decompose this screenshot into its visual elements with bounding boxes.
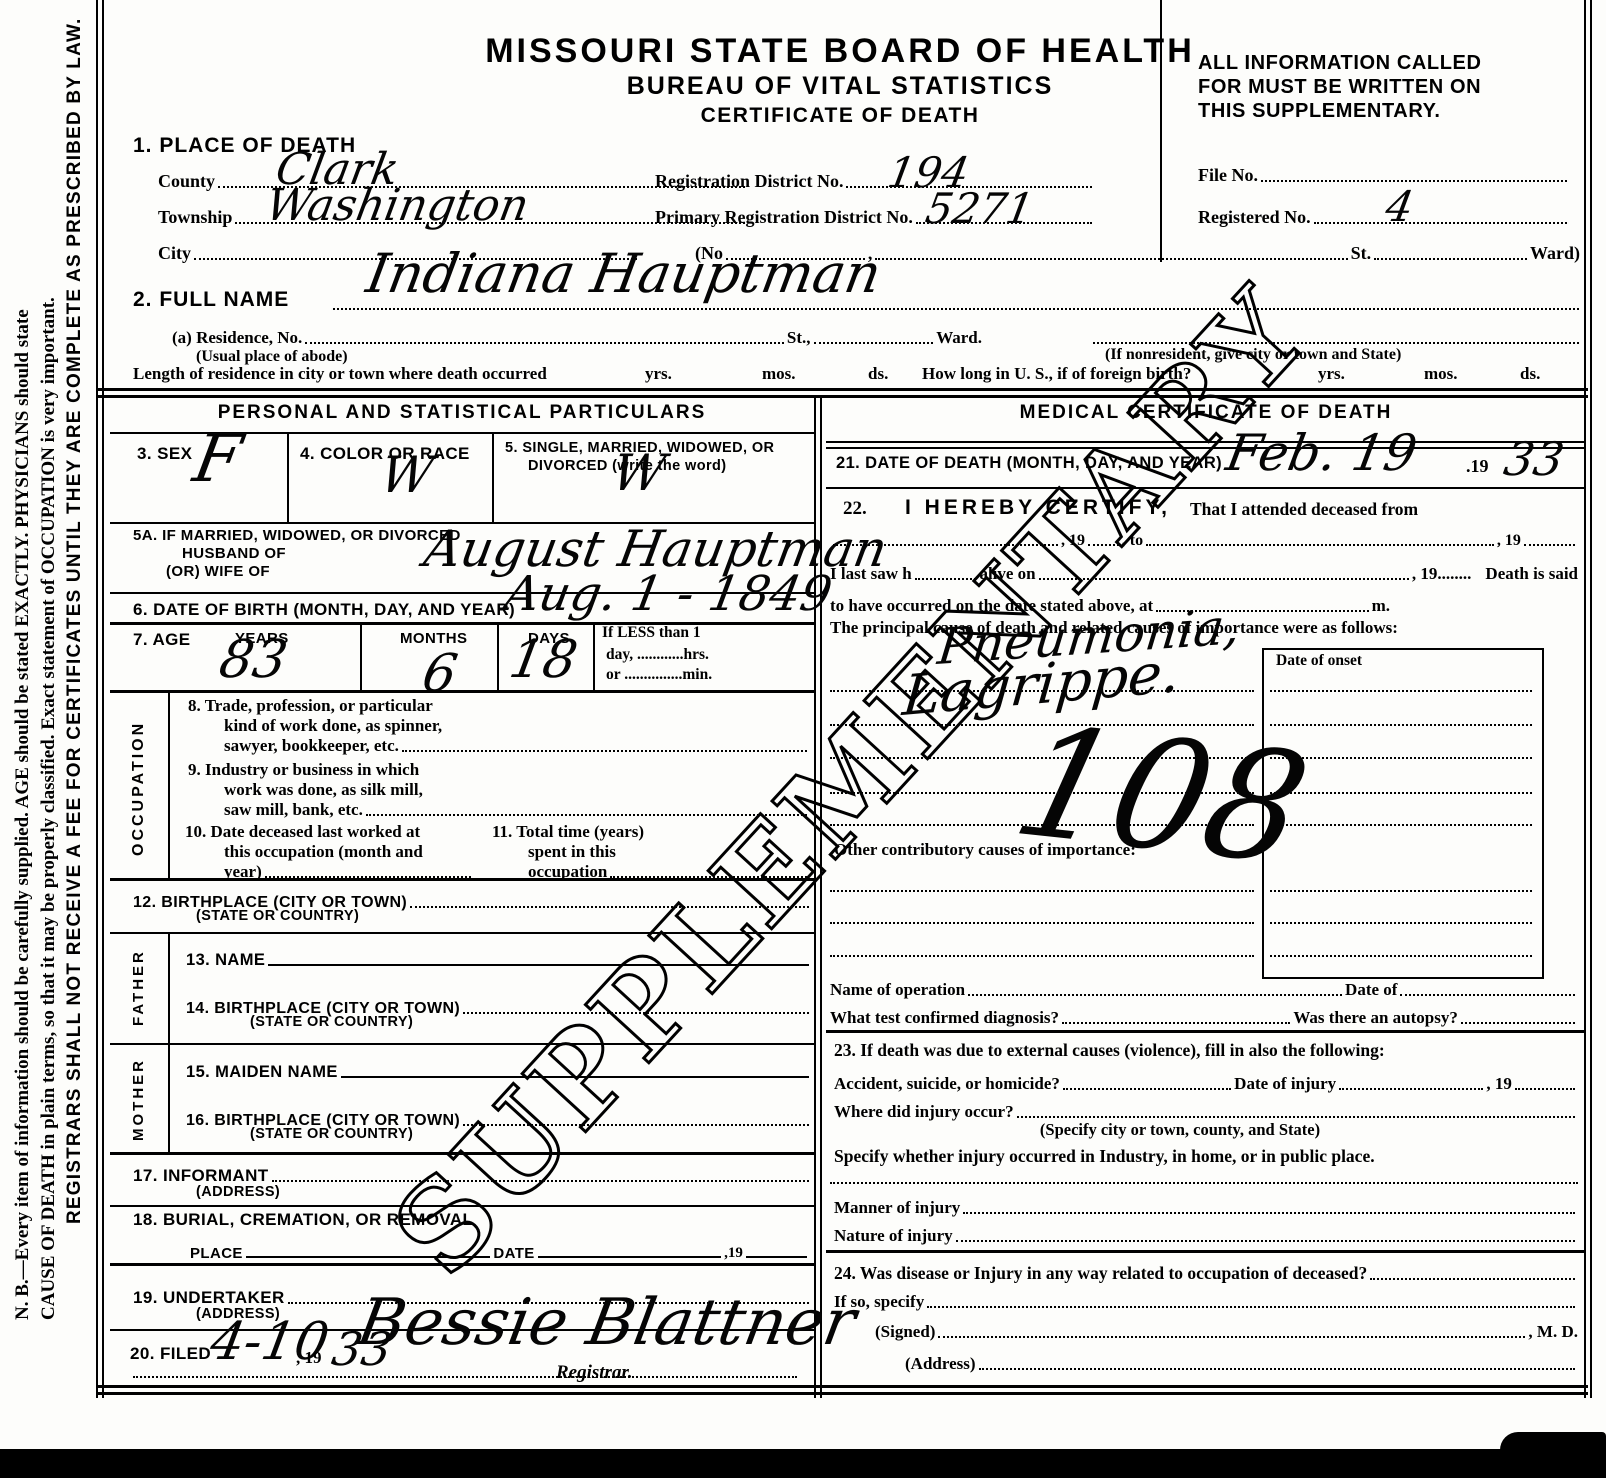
dots bbox=[927, 1306, 1575, 1308]
dots bbox=[968, 994, 1342, 996]
township-value: Washington bbox=[262, 180, 533, 231]
certify-number: 22. bbox=[843, 498, 867, 520]
burial-place-label: PLACE bbox=[190, 1245, 243, 1262]
township-label: Township bbox=[158, 207, 232, 228]
rule bbox=[168, 690, 170, 878]
dots bbox=[272, 1180, 809, 1182]
dots bbox=[830, 955, 1254, 957]
file-no-label: File No. bbox=[1198, 165, 1258, 186]
dots bbox=[1524, 544, 1575, 546]
header-divider-rule bbox=[96, 388, 1588, 398]
death-said-label: Death is said bbox=[1485, 564, 1578, 584]
scan-bottom-band bbox=[0, 1449, 1606, 1478]
line bbox=[268, 964, 809, 966]
line bbox=[746, 1256, 807, 1258]
primary-registration-value: 5271 bbox=[922, 184, 1038, 233]
rule bbox=[110, 1263, 814, 1266]
date-of-birth-label: 6. DATE OF BIRTH (MONTH, DAY, AND YEAR) bbox=[133, 600, 515, 620]
dots bbox=[938, 1336, 1525, 1338]
nature-injury-label: Nature of injury bbox=[834, 1226, 953, 1246]
dots bbox=[1270, 690, 1532, 692]
line bbox=[246, 1256, 491, 1258]
dots bbox=[1374, 258, 1527, 260]
occ9-line1: 9. Industry or business in which bbox=[188, 760, 419, 780]
dots bbox=[1093, 342, 1579, 344]
scan-corner-blob bbox=[1500, 1432, 1606, 1472]
dots bbox=[410, 906, 809, 908]
dots bbox=[1270, 890, 1532, 892]
rule bbox=[826, 1030, 1584, 1033]
rule bbox=[168, 1043, 170, 1152]
age-months-value: 6 bbox=[418, 644, 462, 704]
occurred-m-label: m. bbox=[1372, 596, 1390, 616]
dots bbox=[833, 544, 1058, 546]
age-days-value: 18 bbox=[505, 630, 582, 690]
rule bbox=[826, 447, 1584, 449]
mother-birthplace-state-label: (STATE OR COUNTRY) bbox=[250, 1126, 413, 1142]
dots bbox=[366, 814, 807, 816]
informant-label: 17. INFORMANT bbox=[133, 1166, 269, 1186]
wife-of-label: (OR) WIFE OF bbox=[166, 563, 270, 580]
date-of-onset-label: Date of onset bbox=[1276, 652, 1362, 670]
dots bbox=[979, 1368, 1575, 1370]
mos-label: mos. bbox=[762, 364, 796, 384]
dots bbox=[1461, 1022, 1575, 1024]
dots bbox=[963, 1212, 1575, 1214]
rule bbox=[826, 1250, 1584, 1253]
residence-st-label: St., bbox=[787, 328, 811, 348]
married-widowed-label: 5A. IF MARRIED, WIDOWED, OR DIVORCED bbox=[133, 527, 461, 544]
dots bbox=[1063, 1088, 1231, 1090]
full-name-value: Indiana Hauptman bbox=[362, 242, 886, 305]
father-side-label: FATHER bbox=[130, 938, 147, 1038]
date-of-birth-value: Aug. 1 - 1849 bbox=[500, 566, 836, 622]
dots bbox=[1270, 922, 1532, 924]
dots bbox=[1270, 955, 1532, 957]
date-of-death-year: 33 bbox=[1500, 432, 1568, 486]
dots bbox=[915, 578, 977, 580]
rule bbox=[110, 1205, 814, 1207]
age-years-value: 83 bbox=[215, 630, 292, 690]
husband-of-label: HUSBAND OF bbox=[182, 545, 286, 562]
dots bbox=[1339, 1088, 1483, 1090]
injury-19-label: , 19 bbox=[1486, 1074, 1512, 1094]
dots bbox=[830, 922, 1254, 924]
dots bbox=[1270, 792, 1532, 794]
cause-of-death-value-3: 108 bbox=[1000, 695, 1323, 898]
dots bbox=[1314, 222, 1567, 224]
date-of-onset-box bbox=[1262, 648, 1544, 979]
rule bbox=[826, 441, 1584, 443]
date-injury-label: Date of injury bbox=[1234, 1074, 1336, 1094]
rule bbox=[168, 932, 170, 1043]
dots bbox=[830, 890, 1254, 892]
address-label: (Address) bbox=[905, 1354, 976, 1374]
street-label: St. bbox=[1351, 243, 1372, 264]
nonresident-note: (If nonresident, give city or town and S… bbox=[1105, 346, 1401, 364]
dots bbox=[333, 308, 1579, 310]
rule bbox=[110, 1152, 814, 1155]
operation-label: Name of operation bbox=[830, 980, 965, 1000]
occ8-line3: sawyer, bookkeeper, etc. bbox=[224, 736, 399, 756]
birthplace-state-label: (STATE OR COUNTRY) bbox=[196, 908, 359, 924]
registration-district-label: Registration District No. bbox=[655, 171, 843, 192]
autopsy-label: Was there an autopsy? bbox=[1293, 1008, 1458, 1028]
where-injury-label: Where did injury occur? bbox=[834, 1102, 1014, 1122]
dots bbox=[1400, 994, 1575, 996]
occupation-related-label: 24. Was disease or Injury in any way rel… bbox=[834, 1263, 1367, 1284]
occ11-line1: 11. Total time (years) bbox=[492, 822, 644, 842]
dots bbox=[1270, 824, 1532, 826]
residence-label: (a) Residence, No. bbox=[172, 328, 302, 348]
certify-19b: , 19 bbox=[1497, 532, 1521, 550]
age-label: 7. AGE bbox=[133, 630, 191, 650]
burial-19-label: ,19 bbox=[724, 1245, 743, 1262]
howlong-label: How long in U. S., if of foreign birth? bbox=[922, 364, 1191, 384]
ward-label: Ward) bbox=[1530, 243, 1580, 264]
informant-address-label: (ADDRESS) bbox=[196, 1184, 280, 1200]
death-certificate-page: N. B.—Every item of information should b… bbox=[0, 0, 1606, 1478]
county-label: County bbox=[158, 171, 215, 192]
dots bbox=[463, 1124, 809, 1126]
less-than-label-2: day, ............hrs. bbox=[606, 646, 709, 664]
rule bbox=[287, 432, 289, 522]
dots bbox=[830, 1182, 1578, 1184]
signed-label: (Signed) bbox=[875, 1322, 935, 1342]
manner-injury-label: Manner of injury bbox=[834, 1198, 960, 1218]
burial-label: 18. BURIAL, CREMATION, OR REMOVAL bbox=[133, 1210, 473, 1230]
residence-ward-label: Ward. bbox=[936, 328, 982, 348]
mother-maiden-label: 15. MAIDEN NAME bbox=[186, 1063, 338, 1082]
last-saw-label: I last saw h bbox=[830, 564, 912, 584]
full-name-label: 2. FULL NAME bbox=[133, 288, 289, 312]
margin-note-nb: N. B.—Every item of information should b… bbox=[10, 15, 62, 1320]
last-saw-19: , 19........ bbox=[1412, 564, 1472, 584]
date-of-death-19: .19 bbox=[1466, 456, 1489, 477]
length-residence-label: Length of residence in city or town wher… bbox=[133, 364, 547, 384]
father-name-label: 13. NAME bbox=[186, 951, 265, 970]
dots bbox=[463, 1012, 809, 1014]
less-than-label-3: or ...............min. bbox=[606, 666, 712, 684]
margin-note-line1: N. B.—Every item of information should b… bbox=[10, 15, 36, 1320]
alive-on-label: alive on bbox=[979, 564, 1035, 584]
line bbox=[341, 1076, 809, 1078]
dots bbox=[956, 1240, 1575, 1242]
primary-registration-label: Primary Registration District No. bbox=[655, 207, 913, 228]
info-notice-line1: ALL INFORMATION CALLED bbox=[1198, 52, 1482, 75]
occupation-side-label: OCCUPATION bbox=[130, 700, 148, 876]
dots bbox=[1039, 578, 1409, 580]
certify-bold: I HEREBY CERTIFY, bbox=[905, 496, 1171, 520]
registrar-signature: Bessie Blattner bbox=[352, 1286, 861, 1360]
rule bbox=[110, 1043, 814, 1045]
rule bbox=[110, 878, 814, 881]
city-label: City bbox=[158, 243, 191, 264]
dots bbox=[1515, 1088, 1575, 1090]
registrar-label: Registrar. bbox=[556, 1362, 633, 1384]
external-causes-label: 23. If death was due to external causes … bbox=[834, 1040, 1385, 1061]
dots bbox=[305, 342, 784, 344]
yrs2-label: yrs. bbox=[1318, 364, 1345, 384]
date-of-death-label: 21. DATE OF DEATH (MONTH, DAY, AND YEAR) bbox=[836, 454, 1222, 473]
margin-note-line2: CAUSE OF DEATH in plain terms, so that i… bbox=[36, 15, 62, 1320]
dots bbox=[814, 342, 934, 344]
sex-label: 3. SEX bbox=[137, 444, 192, 464]
registered-no-label: Registered No. bbox=[1198, 207, 1311, 228]
specify-whether-label: Specify whether injury occurred in Indus… bbox=[834, 1146, 1375, 1167]
dots bbox=[133, 1376, 797, 1378]
occ8-line1: 8. Trade, profession, or particular bbox=[188, 696, 433, 716]
rule bbox=[110, 622, 814, 625]
rule bbox=[826, 487, 1584, 489]
less-than-label-1: If LESS than 1 bbox=[602, 624, 701, 642]
certify-to: , to bbox=[1122, 532, 1143, 550]
ds2-label: ds. bbox=[1520, 364, 1540, 384]
info-notice-line2: FOR MUST BE WRITTEN ON bbox=[1198, 76, 1481, 99]
dots bbox=[875, 258, 1347, 260]
dots bbox=[1370, 1278, 1575, 1280]
md-label: , M. D. bbox=[1528, 1322, 1578, 1342]
dots bbox=[1062, 1022, 1290, 1024]
date-of-death-value: Feb. 19 bbox=[1222, 424, 1421, 482]
line bbox=[538, 1256, 721, 1258]
right-column-header: MEDICAL CERTIFICATE OF DEATH bbox=[826, 402, 1586, 424]
form-right-border bbox=[1584, 0, 1592, 1398]
rule bbox=[360, 622, 362, 690]
mother-side-label: MOTHER bbox=[130, 1050, 147, 1150]
undertaker-label: 19. UNDERTAKER bbox=[133, 1288, 285, 1308]
color-race-value: W bbox=[376, 446, 438, 504]
yrs-label: yrs. bbox=[645, 364, 672, 384]
filed-19-label: , 19 bbox=[296, 1348, 322, 1368]
margin-note-registrars: REGISTRARS SHALL NOT RECEIVE A FEE FOR C… bbox=[64, 89, 86, 1224]
rule bbox=[497, 622, 499, 690]
date-of-label: Date of bbox=[1345, 980, 1397, 1000]
info-notice-line3: THIS SUPPLEMENTARY. bbox=[1198, 100, 1441, 123]
accident-label: Accident, suicide, or homicide? bbox=[834, 1074, 1060, 1094]
test-label: What test confirmed diagnosis? bbox=[830, 1008, 1059, 1028]
certify-19a: , 19 bbox=[1061, 532, 1085, 550]
if-so-specify-label: If so, specify bbox=[834, 1292, 924, 1312]
occ9-line3: saw mill, bank, etc. bbox=[224, 800, 363, 820]
rule bbox=[593, 622, 595, 690]
mos2-label: mos. bbox=[1424, 364, 1458, 384]
specify-city-note: (Specify city or town, county, and State… bbox=[900, 1120, 1460, 1140]
burial-date-label: DATE bbox=[493, 1245, 534, 1262]
certify-rest: That I attended deceased from bbox=[1190, 499, 1418, 520]
dots bbox=[402, 750, 807, 752]
marital-value: W bbox=[608, 444, 670, 502]
occ10-line1: 10. Date deceased last worked at bbox=[185, 822, 420, 842]
ds-label: ds. bbox=[868, 364, 888, 384]
rule bbox=[110, 932, 814, 934]
dots bbox=[1017, 1116, 1575, 1118]
rule bbox=[492, 432, 494, 522]
dots bbox=[1146, 544, 1494, 546]
father-birthplace-state-label: (STATE OR COUNTRY) bbox=[250, 1014, 413, 1030]
form-left-border bbox=[96, 0, 104, 1398]
bottom-rule bbox=[96, 1385, 1588, 1395]
filed-label: 20. FILED bbox=[130, 1344, 211, 1364]
dots bbox=[1088, 544, 1119, 546]
rule bbox=[110, 690, 814, 693]
